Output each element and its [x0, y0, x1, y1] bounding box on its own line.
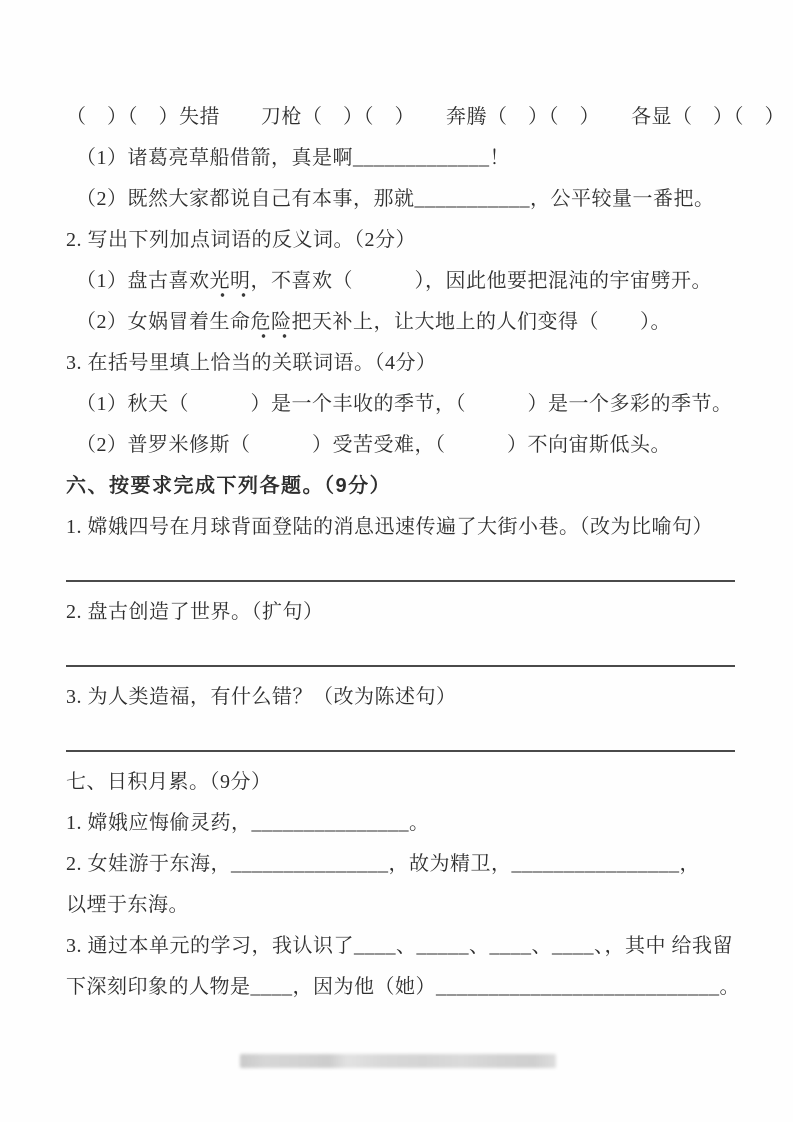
- emphasized-word: 危险: [251, 311, 292, 339]
- question-1-sub-2: （2）既然大家都说自己有本事，那就___________，公平较量一番把。: [66, 179, 735, 220]
- exam-body: （ ）（ ）失措 刀枪（ ）（ ） 奔腾（ ）（ ） 各显（ ）（ ）（1）诸葛…: [66, 97, 735, 1008]
- section-seven-item-2-continued: 以堙于东海。: [66, 885, 735, 926]
- answer-line-3: [66, 750, 735, 752]
- exam-page: （ ）（ ）失措 刀枪（ ）（ ） 奔腾（ ）（ ） 各显（ ）（ ）（1）诸葛…: [0, 0, 793, 1122]
- section-seven-item-2: 2. 女娃游于东海，_______________，故为精卫，_________…: [66, 844, 735, 885]
- text-segment: 2. 盘古创造了世界。（扩句）: [66, 601, 324, 623]
- text-segment: （2）女娲冒着生命: [76, 311, 251, 333]
- question-2-sub-1: （1）盘古喜欢光明，不喜欢（ ），因此他要把混沌的宇宙劈开。: [66, 261, 735, 302]
- section-six-item-3: 3. 为人类造福，有什么错？（改为陈述句）: [66, 677, 735, 718]
- text-segment: （2）既然大家都说自己有本事，那就___________，公平较量一番把。: [76, 188, 715, 210]
- answer-line-1: [66, 580, 735, 582]
- section-seven-heading: 七、日积月累。（9分）: [66, 762, 735, 803]
- text-segment: 3. 在括号里填上恰当的关联词语。（4分）: [66, 352, 437, 374]
- text-segment: 七、日积月累。（9分）: [66, 771, 272, 793]
- word-completion-row: （ ）（ ）失措 刀枪（ ）（ ） 奔腾（ ）（ ） 各显（ ）（ ）: [66, 97, 735, 138]
- text-segment: （1）诸葛亮草船借箭，真是啊_____________！: [76, 147, 510, 169]
- section-seven-item-1: 1. 嫦娥应悔偷灵药，_______________。: [66, 803, 735, 844]
- text-segment: 3. 为人类造福，有什么错？（改为陈述句）: [66, 686, 457, 708]
- section-six-heading: 六、按要求完成下列各题。（9分）: [66, 466, 735, 507]
- text-segment: 以堙于东海。: [66, 894, 189, 916]
- text-segment: 六、按要求完成下列各题。（9分）: [66, 475, 391, 497]
- section-six-item-1: 1. 嫦娥四号在月球背面登陆的消息迅速传遍了大街小巷。（改为比喻句）: [66, 507, 735, 548]
- text-segment: 把天补上，让大地上的人们变得（ ）。: [292, 311, 672, 333]
- text-segment: 3. 通过本单元的学习，我认识了____、_____、____、____、，其中…: [66, 935, 733, 957]
- text-segment: （1）秋天（ ）是一个丰收的季节，（ ）是一个多彩的季节。: [76, 393, 733, 415]
- section-six-item-2: 2. 盘古创造了世界。（扩句）: [66, 592, 735, 633]
- question-1-sub-1: （1）诸葛亮草船借箭，真是啊_____________！: [66, 138, 735, 179]
- answer-line-2: [66, 665, 735, 667]
- question-2-sub-2: （2）女娲冒着生命危险把天补上，让大地上的人们变得（ ）。: [66, 302, 735, 343]
- text-segment: 下深刻印象的人物是____，因为他（她）____________________…: [66, 976, 740, 998]
- text-segment: 2. 写出下列加点词语的反义词。（2分）: [66, 229, 416, 251]
- question-3-stem: 3. 在括号里填上恰当的关联词语。（4分）: [66, 343, 735, 384]
- section-seven-item-3: 3. 通过本单元的学习，我认识了____、_____、____、____、，其中…: [66, 926, 735, 967]
- question-3-sub-2: （2）普罗米修斯（ ）受苦受难，（ ）不向宙斯低头。: [66, 425, 735, 466]
- text-segment: 2. 女娃游于东海，_______________，故为精卫，_________…: [66, 853, 700, 875]
- text-segment: （1）盘古喜欢: [76, 270, 210, 292]
- emphasized-word: 光明: [210, 270, 251, 298]
- text-segment: 1. 嫦娥应悔偷灵药，_______________。: [66, 812, 430, 834]
- blurred-watermark: [240, 1054, 556, 1068]
- text-segment: （ ）（ ）失措 刀枪（ ）（ ） 奔腾（ ）（ ） 各显（ ）（ ）: [66, 106, 785, 128]
- question-3-sub-1: （1）秋天（ ）是一个丰收的季节，（ ）是一个多彩的季节。: [66, 384, 735, 425]
- text-segment: 1. 嫦娥四号在月球背面登陆的消息迅速传遍了大街小巷。（改为比喻句）: [66, 516, 713, 538]
- question-2-stem: 2. 写出下列加点词语的反义词。（2分）: [66, 220, 735, 261]
- section-seven-item-3-continued: 下深刻印象的人物是____，因为他（她）____________________…: [66, 967, 735, 1008]
- text-segment: （2）普罗米修斯（ ）受苦受难，（ ）不向宙斯低头。: [76, 434, 671, 456]
- text-segment: ，不喜欢（ ），因此他要把混沌的宇宙劈开。: [251, 270, 713, 292]
